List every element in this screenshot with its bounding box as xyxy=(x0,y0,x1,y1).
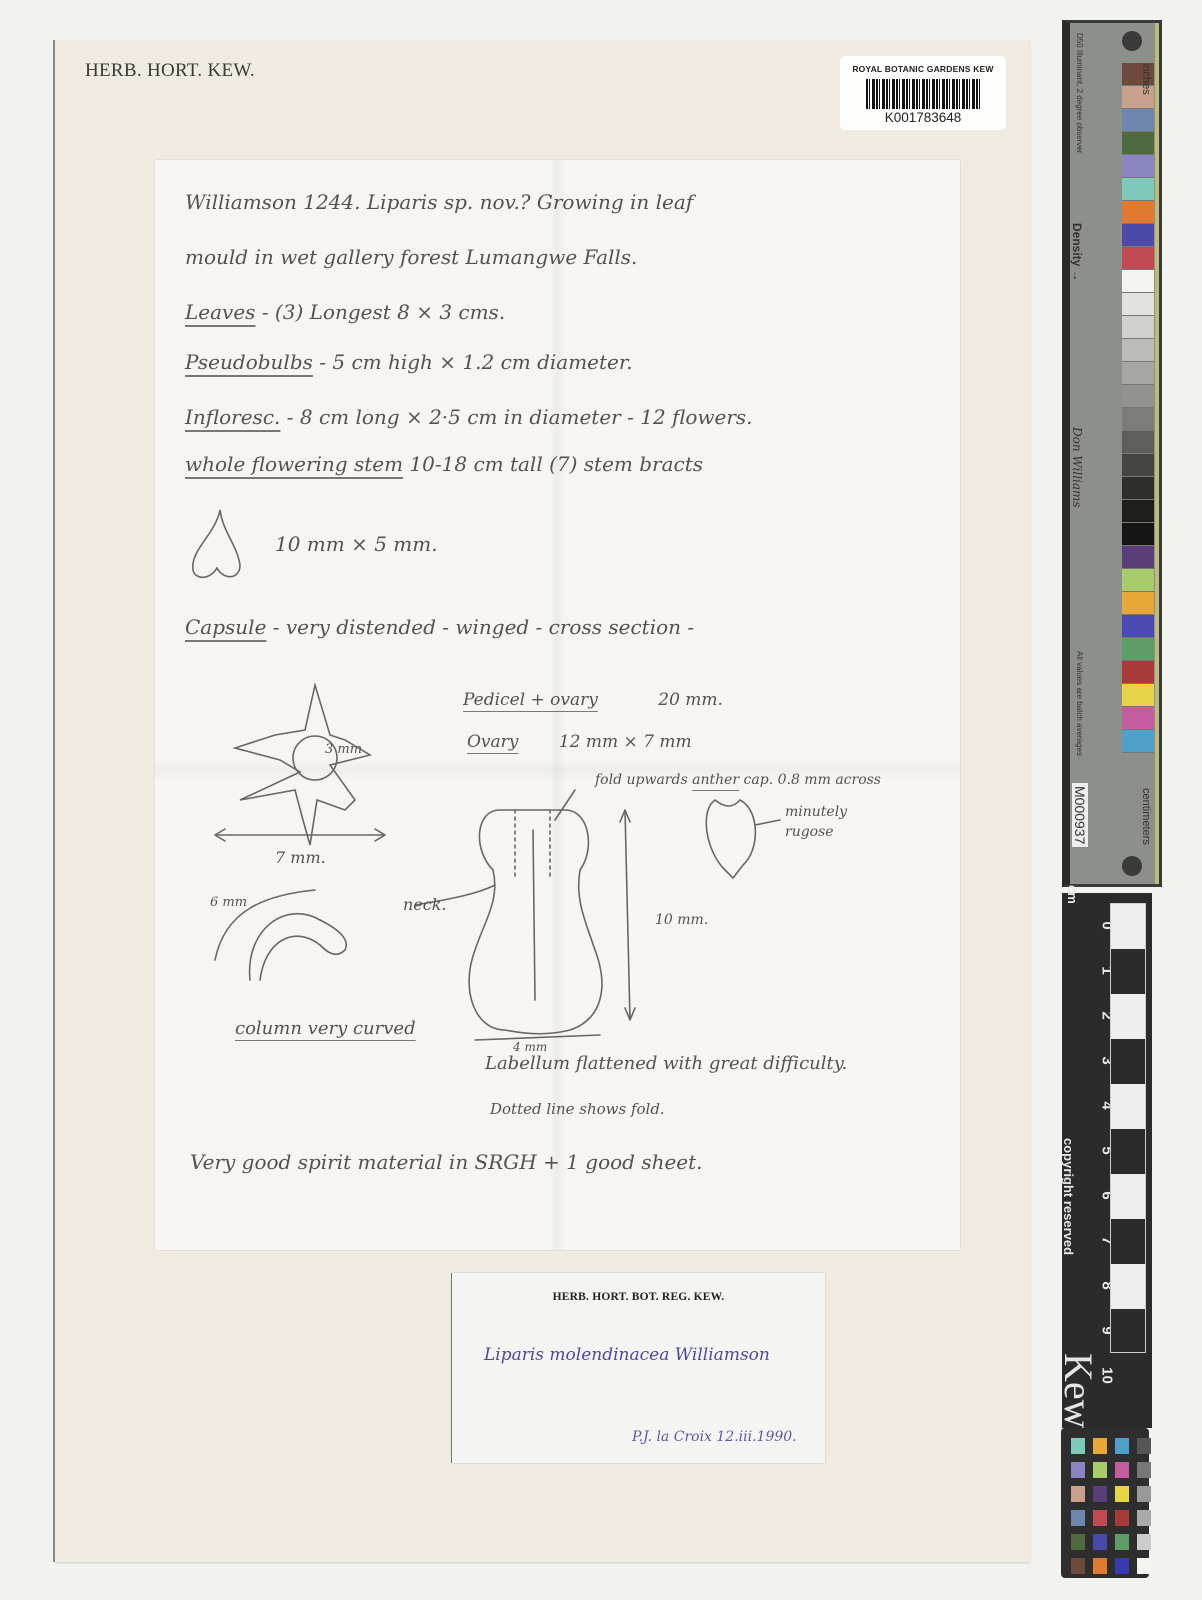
cm-tick-label: 0 xyxy=(1071,917,1116,935)
herbarium-header: HERB. HORT. KEW. xyxy=(85,60,255,82)
mini-color-patch xyxy=(1115,1486,1129,1502)
pedicel-row: Pedicel + ovary 20 mm. xyxy=(463,690,723,710)
mini-color-patch xyxy=(1093,1438,1107,1454)
cm-tick-label: 7 xyxy=(1071,1232,1116,1250)
color-patch xyxy=(1122,730,1154,753)
mini-color-patch xyxy=(1115,1558,1129,1574)
bract-sketch xyxy=(193,510,240,577)
scale-id: M000937 xyxy=(1072,783,1088,847)
cm-tick-label: 8 xyxy=(1071,1277,1116,1295)
scale-stripe xyxy=(1155,23,1159,884)
color-patch xyxy=(1122,707,1154,730)
lip-length-label: 10 mm. xyxy=(655,912,708,928)
color-patches xyxy=(1122,63,1154,753)
barcode-number: K001783648 xyxy=(840,110,1006,125)
mini-color-patch xyxy=(1137,1438,1151,1454)
color-patch xyxy=(1122,592,1154,615)
mini-color-patch xyxy=(1137,1534,1151,1550)
mini-color-chart xyxy=(1061,1428,1149,1578)
color-patch xyxy=(1122,385,1154,408)
cm-tick-label: 5 xyxy=(1071,1142,1116,1160)
color-patch xyxy=(1122,178,1154,201)
cm-tick-label: 4 xyxy=(1071,1097,1116,1115)
color-patch xyxy=(1122,477,1154,500)
column-sketch xyxy=(250,914,347,980)
cm-ruler xyxy=(1110,903,1146,1353)
fold-note: fold upwards xyxy=(595,772,688,788)
pedicel-label: Pedicel + ovary xyxy=(463,690,598,710)
copyright-note: copyright reserved xyxy=(1061,1138,1076,1255)
brand-label: Don Williams xyxy=(1070,427,1084,508)
mini-color-patch xyxy=(1093,1486,1107,1502)
density-label: Density → xyxy=(1070,223,1084,282)
dotted-line-note: Dotted line shows fold. xyxy=(490,1100,665,1118)
color-patch xyxy=(1122,362,1154,385)
color-patch xyxy=(1122,316,1154,339)
color-calibration-scale: inches centimeters D50 Illuminant, 2 deg… xyxy=(1062,20,1162,887)
color-patch xyxy=(1122,638,1154,661)
pedicel-value: 20 mm. xyxy=(658,690,723,710)
anther-sketch xyxy=(706,800,755,878)
taxon-name: Liparis molendinacea Williamson xyxy=(484,1345,770,1365)
mini-color-patch xyxy=(1115,1462,1129,1478)
flower-detail-label: 3 mm xyxy=(325,742,362,757)
mini-color-patch xyxy=(1071,1558,1085,1574)
color-patch xyxy=(1122,408,1154,431)
mini-color-patch xyxy=(1071,1534,1085,1550)
mini-color-patch xyxy=(1115,1438,1129,1454)
color-patch xyxy=(1122,270,1154,293)
determination-header: HERB. HORT. BOT. REG. KEW. xyxy=(452,1291,825,1303)
anther-texture: minutely rugose xyxy=(785,802,865,842)
mini-color-patch xyxy=(1115,1510,1129,1526)
cm-scale-bar: cm 012345678910 copyright reserved Kew xyxy=(1062,893,1152,1428)
cm-tick-label: 3 xyxy=(1071,1052,1116,1070)
neck-label: neck. xyxy=(403,895,447,914)
column-note: column very curved xyxy=(235,1018,416,1039)
color-patch xyxy=(1122,523,1154,546)
mini-color-patch xyxy=(1071,1486,1085,1502)
barcode-organisation: ROYAL BOTANIC GARDENS KEW xyxy=(840,64,1006,74)
handwritten-note: Williamson 1244. Liparis sp. nov.? Growi… xyxy=(155,160,960,1250)
anther-label: anther xyxy=(692,772,739,788)
labellum-note: Labellum flattened with great difficulty… xyxy=(485,1053,847,1074)
cm-tick-label: 9 xyxy=(1071,1322,1116,1340)
color-patch xyxy=(1122,615,1154,638)
cm-tick-label: 1 xyxy=(1071,962,1116,980)
color-patch xyxy=(1122,546,1154,569)
cm-tick-label: 2 xyxy=(1071,1007,1116,1025)
mini-color-patch xyxy=(1093,1534,1107,1550)
color-patch xyxy=(1122,201,1154,224)
barcode-label: ROYAL BOTANIC GARDENS KEW K001783648 xyxy=(840,56,1006,130)
color-patch xyxy=(1122,684,1154,707)
lip-width-label: 4 mm xyxy=(513,1040,547,1054)
anther-note: cap. 0.8 mm across xyxy=(744,772,881,788)
mini-color-patch xyxy=(1137,1510,1151,1526)
color-patch xyxy=(1122,431,1154,454)
mini-color-patch xyxy=(1093,1510,1107,1526)
mini-color-patch xyxy=(1071,1510,1085,1526)
color-patch xyxy=(1122,454,1154,477)
color-patch xyxy=(1122,500,1154,523)
scale-hole-bottom xyxy=(1122,856,1142,876)
scale-title-inches: inches xyxy=(1140,63,1152,95)
ovary-label: Ovary xyxy=(467,732,518,752)
cm-unit: cm xyxy=(1065,885,1080,904)
mini-color-patch xyxy=(1137,1462,1151,1478)
mini-color-patch xyxy=(1115,1534,1129,1550)
determination-label: HERB. HORT. BOT. REG. KEW. Liparis molen… xyxy=(452,1273,825,1463)
flower-width-label: 7 mm. xyxy=(275,848,326,867)
color-patch xyxy=(1122,293,1154,316)
color-patch xyxy=(1122,247,1154,270)
color-patch xyxy=(1122,224,1154,247)
cm-tick-label: 6 xyxy=(1071,1187,1116,1205)
barcode-icon xyxy=(866,79,980,109)
cm-ticks: 012345678910 xyxy=(1084,903,1102,1398)
color-patch xyxy=(1122,339,1154,362)
scale-title-cm: centimeters xyxy=(1140,788,1152,845)
flower-sketch xyxy=(235,685,370,845)
column-length-label: 6 mm xyxy=(210,895,247,910)
anther-row: fold upwards anther cap. 0.8 mm across xyxy=(595,772,881,788)
determiner: P.J. la Croix 12.iii.1990. xyxy=(632,1429,797,1445)
scale-hole-top xyxy=(1122,31,1142,51)
mini-color-patch xyxy=(1137,1558,1151,1574)
color-patch xyxy=(1122,569,1154,592)
illuminant-note: D50 Illuminant, 2 degree observer xyxy=(1075,33,1084,154)
color-patch xyxy=(1122,661,1154,684)
ovary-row: Ovary 12 mm × 7 mm xyxy=(467,732,692,752)
color-patch xyxy=(1122,132,1154,155)
mini-color-patch xyxy=(1071,1462,1085,1478)
kew-logo: Kew xyxy=(1055,1353,1102,1429)
color-patch xyxy=(1122,109,1154,132)
mini-color-patch xyxy=(1137,1486,1151,1502)
batch-note: All values are batch averages xyxy=(1075,651,1084,756)
note-footer: Very good spirit material in SRGH + 1 go… xyxy=(190,1150,703,1174)
mini-color-patch xyxy=(1071,1438,1085,1454)
mini-color-patch xyxy=(1093,1462,1107,1478)
color-patch xyxy=(1122,155,1154,178)
mini-color-patch xyxy=(1093,1558,1107,1574)
ovary-value: 12 mm × 7 mm xyxy=(559,732,692,752)
